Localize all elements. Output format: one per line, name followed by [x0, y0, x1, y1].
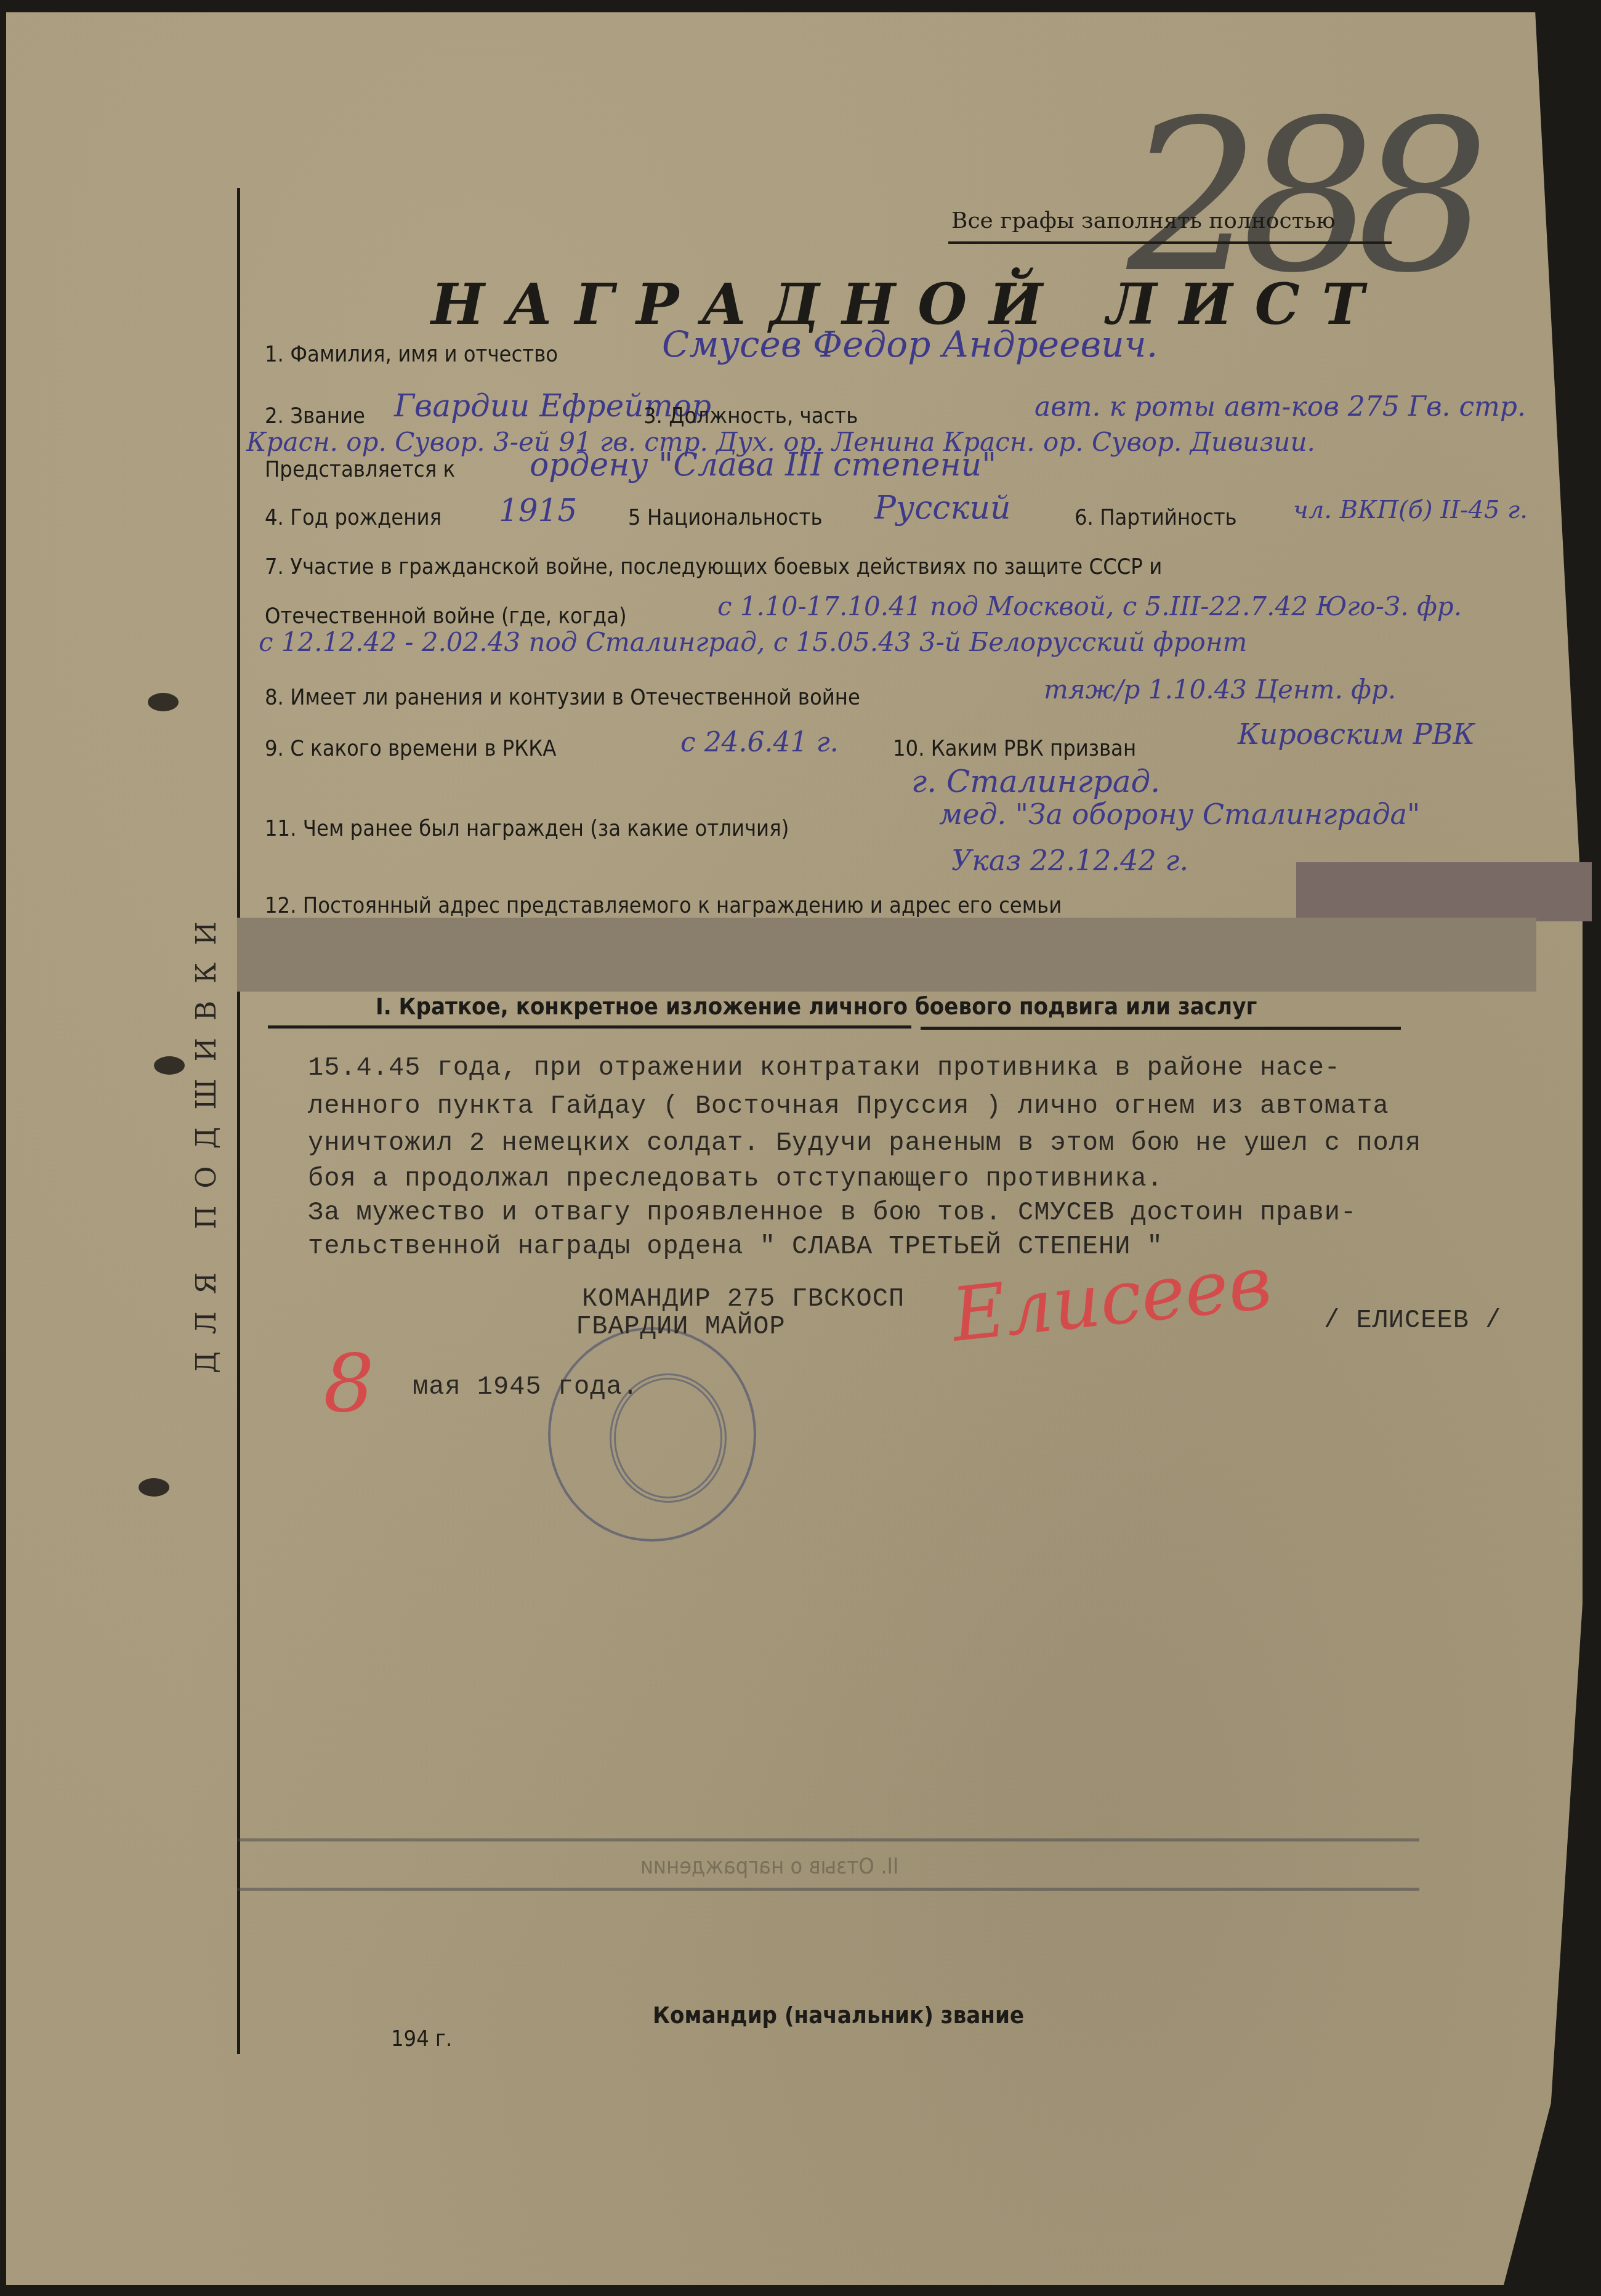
- date-day: 8: [323, 1336, 374, 1430]
- field-10-value-line2: г. Сталинград.: [911, 764, 1160, 799]
- binding-margin-line: [237, 188, 240, 2054]
- field-12-label: 12. Постоянный адрес представляемого к н…: [265, 893, 1062, 918]
- field-10-label: 10. Каким РВК призван: [893, 736, 1136, 761]
- field-11-label: 11. Чем ранее был награжден (за какие от…: [265, 816, 789, 841]
- redaction-box-address-line: [237, 918, 1536, 992]
- field-1-value: Смусев Федор Андреевич.: [662, 323, 1158, 365]
- field-10-value-line1: Кировским РВК: [1238, 717, 1475, 751]
- binding-hole-top: [148, 693, 179, 711]
- field-8-value: тяж/р 1.10.43 Цент. фр.: [1044, 674, 1396, 705]
- faded-rule-top: [237, 1838, 1419, 1841]
- narrative-line-2: ленного пункта Гайдау ( Восточная Прусси…: [308, 1091, 1389, 1121]
- narrative-line-3: уничтожил 2 немецких солдат. Будучи ране…: [308, 1128, 1421, 1158]
- redaction-box-address: [1296, 862, 1592, 921]
- narrative-line-5: За мужество и отвагу проявленное в бою т…: [308, 1198, 1357, 1227]
- field-3-value-line1: авт. к роты авт-ков 275 Гв. стр.: [1034, 391, 1526, 422]
- section-1-rule-left: [268, 1025, 911, 1029]
- field-5-value: Русский: [874, 490, 1010, 527]
- instruction-text: Все графы заполнять полностью: [951, 208, 1336, 233]
- field-11-value-line1: мед. "За оборону Сталинграда": [939, 798, 1420, 831]
- field-6-value: чл. ВКП(б) II-45 г.: [1293, 496, 1528, 524]
- archive-number: 288: [1127, 92, 1471, 302]
- faded-section-2-heading: II. Отзыв о награждении: [640, 1854, 899, 1879]
- field-7-value-line2: с 12.12.42 - 2.02.43 под Сталинград, с 1…: [259, 627, 1247, 657]
- field-3-label: 3. Должность, часть: [643, 403, 858, 429]
- signature-title-line2: ГВАРДИИ МАЙОР: [576, 1312, 786, 1341]
- nominated-label: Представляется к: [265, 457, 455, 482]
- section-1-rule-right: [921, 1027, 1401, 1030]
- narrative-line-1: 15.4.45 года, при отражении контратаки п…: [308, 1053, 1341, 1083]
- footer-commander-label: Командир (начальник) звание: [653, 2002, 1024, 2029]
- field-5-label: 5 Национальность: [628, 505, 823, 530]
- binding-hole-middle: [154, 1056, 185, 1075]
- signatory-name: / ЕЛИСЕЕВ /: [1324, 1306, 1501, 1335]
- field-7-value-line1: с 1.10-17.10.41 под Москвой, с 5.III-22.…: [717, 591, 1462, 621]
- nominated-value: ордену "Слава III степени": [530, 447, 996, 483]
- narrative-line-6: тельственной награды ордена " СЛАВА ТРЕТ…: [308, 1232, 1163, 1261]
- field-2-label: 2. Звание: [265, 403, 365, 429]
- field-7-label-line1: 7. Участие в гражданской войне, последую…: [265, 554, 1162, 580]
- field-11-value-line2: Указ 22.12.42 г.: [951, 844, 1188, 877]
- field-4-label: 4. Год рождения: [265, 505, 442, 530]
- instruction-underline: [948, 241, 1392, 244]
- field-7-label-line2: Отечественной войне (где, когда): [265, 604, 627, 629]
- field-4-value: 1915: [499, 493, 577, 528]
- field-9-value: с 24.6.41 г.: [680, 727, 839, 758]
- signature-title-line1: КОМАНДИР 275 ГВСКОСП: [582, 1284, 905, 1314]
- binding-hole-bottom: [139, 1478, 169, 1497]
- footer-year-blank: 194 г.: [391, 2026, 452, 2051]
- faded-rule-bottom: [237, 1888, 1419, 1891]
- field-6-label: 6. Партийность: [1075, 505, 1237, 530]
- margin-label: ДЛЯ ПОДШИВКИ: [191, 904, 222, 1373]
- section-1-heading: I. Краткое, конкретное изложение личного…: [376, 993, 1257, 1020]
- field-1-label: 1. Фамилия, имя и отчество: [265, 342, 558, 367]
- field-8-label: 8. Имеет ли ранения и контузии в Отечест…: [265, 685, 860, 710]
- date-text: мая 1945 года.: [413, 1372, 639, 1402]
- field-9-label: 9. С какого времени в РККА: [265, 736, 556, 761]
- narrative-line-4: боя а продолжал преследовать отступающег…: [308, 1164, 1163, 1194]
